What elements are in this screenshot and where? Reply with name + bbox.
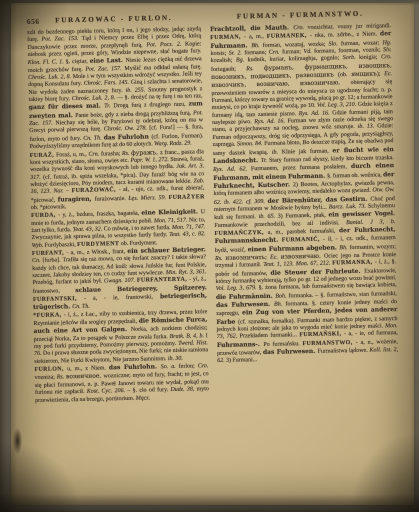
text-run: FURMAŃSKI, [299, 332, 344, 339]
text-run: FURAŻOWAĆ, [72, 187, 119, 194]
text-run: Drogą furą z drugiego razu, [113, 102, 188, 110]
text-run: Sorb. [343, 55, 360, 61]
text-run: §. ciężar, [66, 59, 90, 66]
text-run: ib. 13. [358, 124, 378, 130]
text-run: Przebóg, furfant to jakiś był. [32, 279, 104, 287]
text-run: furman, wozar; [341, 40, 383, 47]
text-run: Pot. Zac. 157. [85, 66, 124, 73]
text-run: ob. *picownik. [31, 204, 67, 211]
text-run: Warg. Radz. 29. [154, 141, 192, 148]
text-run: - nka, m. zdrbn., z Niem. [310, 32, 380, 40]
text-run: Vol. Leg. 3, 679. [216, 285, 259, 292]
text-run: vozniza; [35, 375, 57, 381]
text-run: Mon. 71, 517. [154, 217, 189, 224]
text-run: furasha; [101, 151, 122, 157]
text-run: Vol. Leg. 3, 210. [317, 102, 358, 109]
page-content: 656 FURAZOWAC - FURLON. FURMAN - FURMANS… [16, 9, 416, 503]
text-run: 3) Furmanek, ptak, [278, 213, 329, 220]
text-run: FURAŻYER [169, 194, 205, 201]
text-run: ib. 30. [168, 356, 183, 362]
text-run: Łęs. Mierz. 59. [128, 195, 168, 202]
text-run: Boh. [275, 293, 288, 299]
text-run: Furmaństwa lądowe. [318, 348, 370, 355]
text-run: Cro. [293, 25, 307, 31]
text-run: Chrośc. Luk. 2, 8. [28, 74, 73, 81]
text-run: Tr. [261, 158, 269, 164]
text-run: Ec. [270, 255, 281, 261]
text-run: Przekładem furmanki... [240, 333, 300, 340]
text-run: das Fuhrwesen. [216, 301, 274, 309]
text-run: Cro. [381, 54, 392, 60]
text-run: FURAŻ, [30, 152, 56, 159]
text-run: das Fuhrlohn [104, 133, 152, 141]
text-run: FURLON, [34, 366, 67, 373]
text-run: forman, wozataj, wozka; [263, 41, 329, 48]
text-run: das Fuhrwesen. [263, 348, 318, 356]
text-run: Crn. [88, 151, 101, 157]
text-run: FURMAN, [210, 35, 244, 42]
text-run: Chrośc. Ow. 278. [104, 126, 150, 133]
text-run: *FURKA, [33, 312, 64, 319]
dictionary-entry-paragraph: FURDA, - y, ż., bzdura, fraszka, bagatel… [31, 208, 206, 250]
text-run: - a, m., [244, 34, 267, 40]
text-run: furagiren, [58, 195, 95, 203]
text-run: Pot. Pocz. 2. [146, 41, 185, 48]
text-run: eine Kleinigkeit. [141, 209, 201, 217]
text-run: Furdybaszki, [45, 242, 78, 249]
text-run: vozzichtar, vozny jur mirigandi. [308, 23, 392, 31]
text-run: ein gewisser Vogel. [328, 210, 395, 218]
text-run: Chrośc. Fars. 145. [84, 80, 131, 87]
text-run: Kost. Cyc. 206. [87, 388, 128, 395]
dictionary-entry-paragraph: *FURKA, - i, ż., z Łac., niby to szubien… [33, 309, 208, 366]
text-run: ib. [272, 149, 282, 155]
text-run: ib. 255. [125, 87, 148, 93]
text-run: Bratk. B. 4, b. [169, 333, 205, 340]
text-run: Foraż, u, m., [56, 151, 88, 158]
text-run: Slo. [329, 41, 342, 47]
text-run: kozalish; [211, 58, 236, 65]
text-columns: szli do bezdennego piekła toru, którą I … [16, 17, 415, 485]
text-run: FURMANSTWO, [302, 340, 355, 347]
right-column: Frachtzoll, die Mauth. Cro. vozzichtar, … [210, 22, 401, 481]
text-run: Teat. 43, 32. [73, 226, 104, 233]
text-run: einen Fuhrmann abgeben. [248, 244, 340, 253]
text-run: Papr. W. 1, 272. [130, 157, 170, 164]
paper-sheet: 656 FURAZOWAC - FURLON. FURMAN - FURMANS… [11, 3, 414, 505]
text-run: furażowanie. [95, 195, 129, 202]
text-run: Bh. [339, 245, 349, 251]
text-run: Bg. [236, 58, 248, 64]
text-run: ob. Furdyment. [121, 240, 158, 247]
text-run: Barcz. Luk. 73. [329, 204, 368, 211]
text-run: ferlon; [179, 364, 198, 370]
scanned-book-page: 656 FURAZOWAC - FURLON. FURMAN - FURMANS… [0, 0, 419, 512]
page-number: 656 [27, 17, 40, 26]
dictionary-entry-paragraph: Frachtzoll, die Mauth. Cro. vozzichtar, … [210, 22, 398, 366]
text-run: 3) Furmani... [226, 358, 257, 365]
text-run: извозничаю. [281, 253, 325, 261]
text-run: - a, - ie, od furmana, [344, 330, 398, 337]
text-run: eine Last. [90, 57, 126, 65]
dictionary-entry-paragraph: FURAŻ, Foraż, u, m., Crn. furasha; Rs. ф… [30, 148, 205, 213]
text-run: Klnie jak furman, [282, 148, 333, 155]
text-run: Furmanem, przez furmana posłałem, [251, 164, 351, 172]
text-run: Dudz. 38, [170, 387, 196, 394]
text-run: – §. cło od fury. [127, 387, 170, 394]
dictionary-entry-paragraph: FURLON, u, m., z Niem. das Fuhrlohn. So.… [34, 362, 209, 405]
text-run: Teat. 1, 123. Mon. 67, 212. [263, 261, 332, 269]
text-run: formanka. – §. furmaństwo, stan furmańsk… [289, 291, 397, 299]
dictionary-entry-paragraph: FURFANT, - a, m., z Włosk., frant, ein s… [32, 246, 207, 313]
text-run: formann; [244, 50, 269, 57]
text-run: Mon. 71, 747. [172, 224, 206, 231]
dictionary-entry-paragraph: szli do bezdennego piekła toru, którą I … [27, 26, 204, 151]
text-run: foriugauh; [211, 66, 246, 73]
text-run: Frachtzoll, die Mauth. [210, 24, 293, 33]
text-run: Sr. 2. [229, 50, 245, 56]
text-run: furman; [282, 49, 304, 55]
text-run: Bh. [251, 43, 263, 49]
text-run: kinigia; [359, 55, 381, 61]
text-run: ib. 65. [259, 214, 278, 220]
text-run: Crn. [269, 50, 282, 56]
text-run: Mącz. [136, 395, 151, 401]
text-run: Cn. [32, 258, 43, 264]
text-run: Rys. Ad. 16. [299, 110, 333, 117]
text-run: Cro. [198, 363, 209, 369]
text-run: FURMAŃCZYK, [214, 230, 267, 237]
text-run: FURFANTERYA, [137, 277, 189, 284]
text-run: извозничать; [225, 254, 270, 262]
text-run: Slv. [383, 47, 392, 53]
text-run: u, m., z Niem. [67, 365, 109, 372]
text-run: FURDA, [31, 213, 58, 220]
text-run: фуражъ, [131, 149, 160, 157]
text-run: возничное, [66, 373, 104, 381]
text-run: Furmankowie przechodzili, bez ail indivi… [214, 220, 346, 229]
text-run: Cn. Th. [83, 135, 104, 141]
text-run: FURFANTSKI, [33, 296, 84, 303]
text-run: So. a. [161, 364, 179, 370]
text-run: ямщикъ [351, 71, 377, 79]
text-run: das Fuhrlohn. [109, 363, 161, 371]
text-run: Banial. J 3, b. [346, 219, 395, 226]
text-run: Rs. [215, 256, 225, 262]
text-run: Pot. Zac. 153. [41, 36, 81, 43]
text-run: FURFANT, [32, 250, 67, 257]
text-run: a, m., parobek furmański, [268, 228, 339, 236]
text-run: FURMANEK, [267, 33, 310, 40]
text-run: Po furmańsku. [263, 341, 302, 348]
text-run: - a, - ie, frantowski, [84, 294, 160, 302]
text-run: §. żona furmana, lub furmaństwem się baw… [259, 282, 397, 291]
text-run: (ob. [338, 72, 351, 78]
text-run: ganz für dieses mal. [29, 103, 105, 112]
text-run: Cn. Th. [72, 304, 90, 310]
text-run: Tr. [104, 104, 113, 110]
text-run: Ec. [384, 71, 392, 77]
text-run: die Fuhrmännin. [216, 292, 276, 300]
text-run: Rys. Ad. 62. [213, 166, 251, 173]
text-run: Min. Ryt. 3, 361. [166, 269, 207, 276]
text-run: Simon. 84. [237, 141, 264, 148]
text-run: Rs. [246, 66, 264, 72]
text-run: §. furman ob. woźnica, [327, 172, 383, 179]
text-run: Klon. Fl. C. 1. [28, 60, 66, 67]
text-run: Chrośc. Luk. 2, 8. [72, 95, 117, 102]
left-column: szli do bezdennego piekła toru, którą I … [27, 26, 211, 485]
text-run: FURMANIĆ, [282, 237, 323, 244]
text-run: Vd. [303, 49, 314, 55]
text-run: Gwagn. 107. [104, 278, 137, 285]
text-run: formanim, wozym; [349, 244, 396, 251]
text-run: kotsis; [211, 51, 229, 57]
text-run: Fuhrmanns-. [217, 341, 264, 349]
text-run: Bh. [274, 302, 286, 308]
text-run: Rys. Ad. 16. [254, 119, 287, 126]
text-run: Hg. [382, 40, 391, 46]
text-run: FURDYMENT [77, 241, 121, 248]
text-run: FURMANKA, [332, 260, 375, 267]
